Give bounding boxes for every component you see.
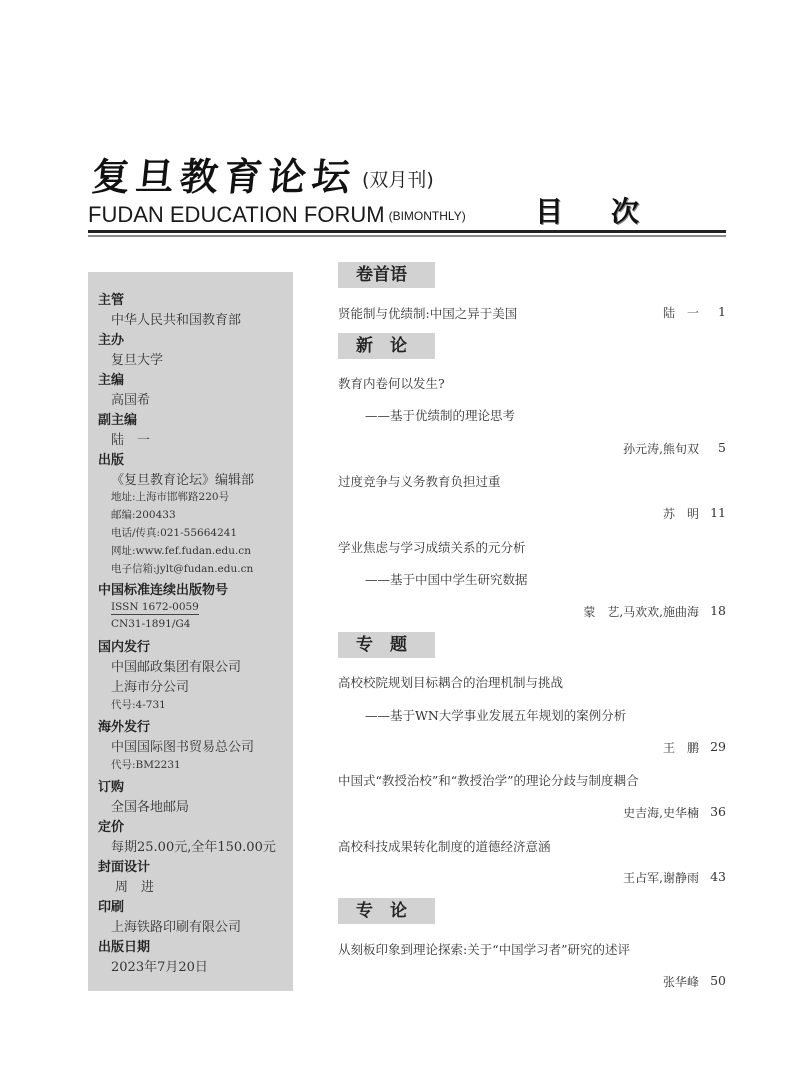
info-detail: 邮编:200433 — [111, 507, 176, 522]
article-title[interactable]: 贤能制与优绩制:中国之异于美国 — [338, 304, 517, 322]
article-page: 1 — [718, 304, 726, 319]
info-label: 订购 — [98, 776, 124, 795]
toc-heading: 目次 — [535, 190, 687, 230]
article-authors: 蒙 艺,马欢欢,施曲海 — [583, 603, 699, 620]
article-subtitle: ——基于WN大学事业发展五年规划的案例分析 — [365, 706, 626, 724]
article-authors: 苏 明 — [663, 505, 699, 522]
info-label: 出版 — [98, 449, 124, 468]
frequency-cn: (双月刊) — [362, 160, 434, 200]
cn-number: CN31-1891/G4 — [111, 618, 190, 630]
issn: ISSN 1672-0059 — [111, 601, 199, 615]
article-title[interactable]: 从刻板印象到理论探索:关于“中国学习者”研究的述评 — [338, 940, 630, 958]
article-title[interactable]: 高校科技成果转化制度的道德经济意涵 — [338, 837, 551, 855]
article-subtitle: ——基于中国中学生研究数据 — [365, 570, 528, 588]
info-value: 高国希 — [111, 389, 150, 408]
masthead-info-panel: 主管 中华人民共和国教育部 主办 复旦大学 主编 高国希 副主编 陆 一 出版 … — [88, 272, 293, 991]
info-value: 《复旦教育论坛》编辑部 — [111, 469, 254, 488]
info-detail: 电子信箱:jylt@fudan.edu.cn — [111, 561, 253, 576]
info-label: 主管 — [98, 289, 124, 308]
article-title[interactable]: 高校校院规划目标耦合的治理机制与挑战 — [338, 673, 563, 691]
journal-name-en: FUDAN EDUCATION FORUM — [88, 202, 385, 227]
journal-name-cn: 复旦教育论坛 — [90, 154, 359, 200]
article-page: 36 — [710, 804, 726, 819]
frequency-en: (BIMONTHLY) — [389, 209, 466, 223]
article-title[interactable]: 中国式“教授治校”和“教授治学”的理论分歧与制度耦合 — [338, 771, 639, 789]
info-detail: 代号:BM2231 — [111, 757, 181, 772]
section-heading-preface: 卷首语 — [338, 262, 435, 288]
article-page: 5 — [718, 440, 726, 455]
info-value: 周 进 — [115, 876, 154, 895]
info-value: 每期25.00元,全年150.00元 — [111, 836, 276, 855]
info-label: 定价 — [98, 816, 124, 835]
article-authors: 王占军,谢静雨 — [623, 869, 699, 886]
info-label: 主编 — [98, 369, 124, 388]
article-authors: 孙元涛,熊旬双 — [623, 440, 699, 457]
info-label: 封面设计 — [98, 856, 150, 875]
info-value: 中华人民共和国教育部 — [111, 309, 241, 328]
info-value: 上海铁路印刷有限公司 — [111, 916, 241, 935]
section-heading-new-perspectives: 新 论 — [338, 333, 435, 359]
article-page: 11 — [710, 505, 726, 520]
info-label: 副主编 — [98, 409, 137, 428]
journal-title-en: FUDAN EDUCATION FORUM(BIMONTHLY) — [88, 202, 466, 228]
info-value: 上海市分公司 — [111, 676, 189, 695]
article-authors: 陆 一 — [663, 304, 699, 321]
journal-title-cn: 复旦教育论坛 (双月刊) — [92, 150, 434, 200]
article-page: 43 — [710, 869, 726, 884]
info-label: 中国标准连续出版物号 — [98, 579, 228, 598]
article-subtitle: ——基于优绩制的理论思考 — [365, 406, 515, 424]
info-label: 出版日期 — [98, 936, 150, 955]
info-detail: 电话/传真:021-55664241 — [111, 525, 237, 540]
info-value: 中国国际图书贸易总公司 — [111, 736, 254, 755]
section-heading-special-essay: 专 论 — [338, 898, 435, 924]
info-value: 复旦大学 — [111, 349, 163, 368]
info-label: 国内发行 — [98, 636, 150, 655]
article-page: 18 — [710, 603, 726, 618]
article-page: 50 — [710, 973, 726, 988]
info-detail: 地址:上海市邯郸路220号 — [111, 489, 229, 504]
article-authors: 史吉海,史华楠 — [623, 804, 699, 821]
info-detail: 网址:www.fef.fudan.edu.cn — [111, 543, 251, 558]
article-title[interactable]: 学业焦虑与学习成绩关系的元分析 — [338, 538, 526, 556]
section-heading-special-topic: 专 题 — [338, 632, 435, 658]
header-rule-thin — [88, 235, 726, 237]
info-detail: 代号:4-731 — [111, 697, 166, 712]
header-rule-thick — [88, 230, 726, 233]
article-page: 29 — [710, 739, 726, 754]
info-value: 陆 一 — [111, 429, 150, 448]
info-value: 2023年7月20日 — [111, 956, 208, 975]
info-label: 印刷 — [98, 896, 124, 915]
info-value: 全国各地邮局 — [111, 796, 189, 815]
info-value: 中国邮政集团有限公司 — [111, 656, 241, 675]
article-authors: 张华峰 — [663, 973, 699, 990]
article-title[interactable]: 过度竞争与义务教育负担过重 — [338, 472, 501, 490]
info-label: 海外发行 — [98, 716, 150, 735]
info-label: 主办 — [98, 329, 124, 348]
article-title[interactable]: 教育内卷何以发生? — [338, 374, 445, 392]
article-authors: 王 鹏 — [663, 739, 699, 756]
